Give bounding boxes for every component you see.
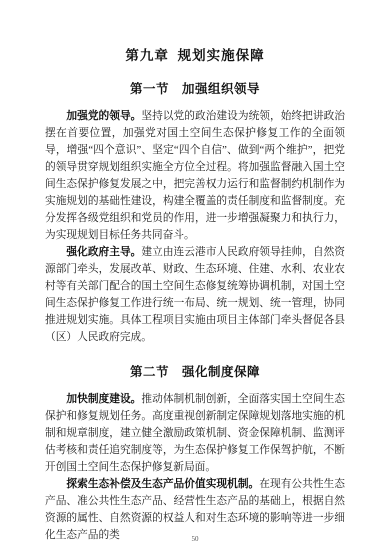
- paragraph: 加强党的领导。坚持以党的政治建设为统领，始终把讲政治摆在首要位置，加强党对国土空…: [45, 108, 345, 244]
- paragraph: 强化政府主导。建立由连云港市人民政府领导挂帅，自然资源部门牵头，发展改革、财政、…: [45, 244, 345, 346]
- paragraph: 探索生态补偿及生态产品价值实现机制。在现有公共性生态产品、准公共性生态产品、经营…: [45, 476, 345, 544]
- paragraph-lead: 探索生态补偿及生态产品价值实现机制。: [66, 478, 259, 490]
- paragraph-lead: 加快制度建设。: [66, 393, 141, 405]
- paragraph-text: 坚持以党的政治建设为统领，始终把讲政治摆在首要位置，加强党对国土空间生态保护修复…: [45, 110, 345, 241]
- chapter-title: 第九章 规划实施保障: [45, 44, 345, 64]
- paragraph: 加快制度建设。推动体制机制创新，全面落实国土空间生态保护和修复规划任务。高度重视…: [45, 391, 345, 476]
- page-number: 50: [0, 535, 390, 543]
- paragraph-lead: 强化政府主导。: [66, 246, 141, 258]
- paragraph-text: 推动体制机制创新，全面落实国土空间生态保护和修复规划任务。高度重视创新制定保障规…: [45, 393, 345, 473]
- document-page: 第九章 规划实施保障 第一节 加强组织领导 加强党的领导。坚持以党的政治建设为统…: [0, 0, 390, 551]
- section-2-title: 第二节 强化制度保障: [45, 362, 345, 380]
- section-1-title: 第一节 加强组织领导: [45, 79, 345, 97]
- paragraph-lead: 加强党的领导。: [66, 110, 141, 122]
- paragraph-text: 建立由连云港市人民政府领导挂帅，自然资源部门牵头，发展改革、财政、生态环境、住建…: [45, 246, 345, 343]
